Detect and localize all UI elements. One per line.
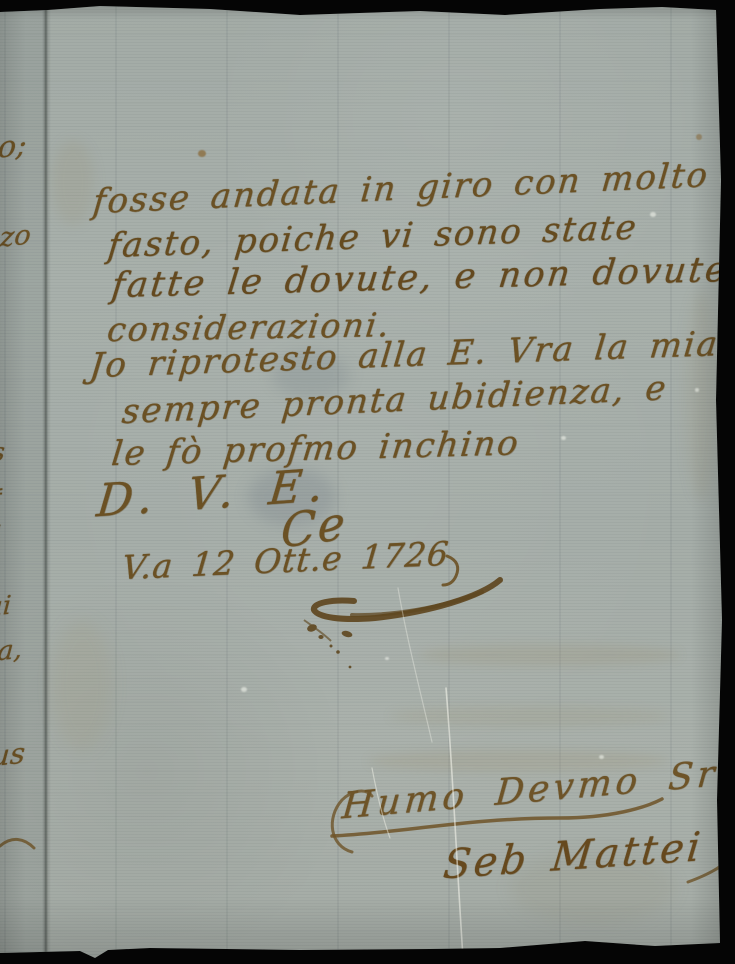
marginal-stroke-fragment: lus xyxy=(0,736,26,774)
paper-fleck xyxy=(599,755,604,759)
binding-fold xyxy=(42,0,51,964)
letter-page: to; ezo i is = a s ui ua, o lus fosse an… xyxy=(0,0,735,964)
marginal-stroke-fragment: ezo xyxy=(0,220,32,256)
marginal-stroke-fragment: ua, xyxy=(0,634,23,669)
paper-fleck xyxy=(385,657,389,660)
paper-fleck xyxy=(650,212,656,217)
paper-fleck xyxy=(561,436,566,440)
paper-fleck xyxy=(695,388,699,392)
marginal-stroke-fragment: to; xyxy=(0,128,28,167)
manuscript-scan: to; ezo i is = a s ui ua, o lus fosse an… xyxy=(0,0,735,964)
paper-fleck xyxy=(241,687,247,692)
